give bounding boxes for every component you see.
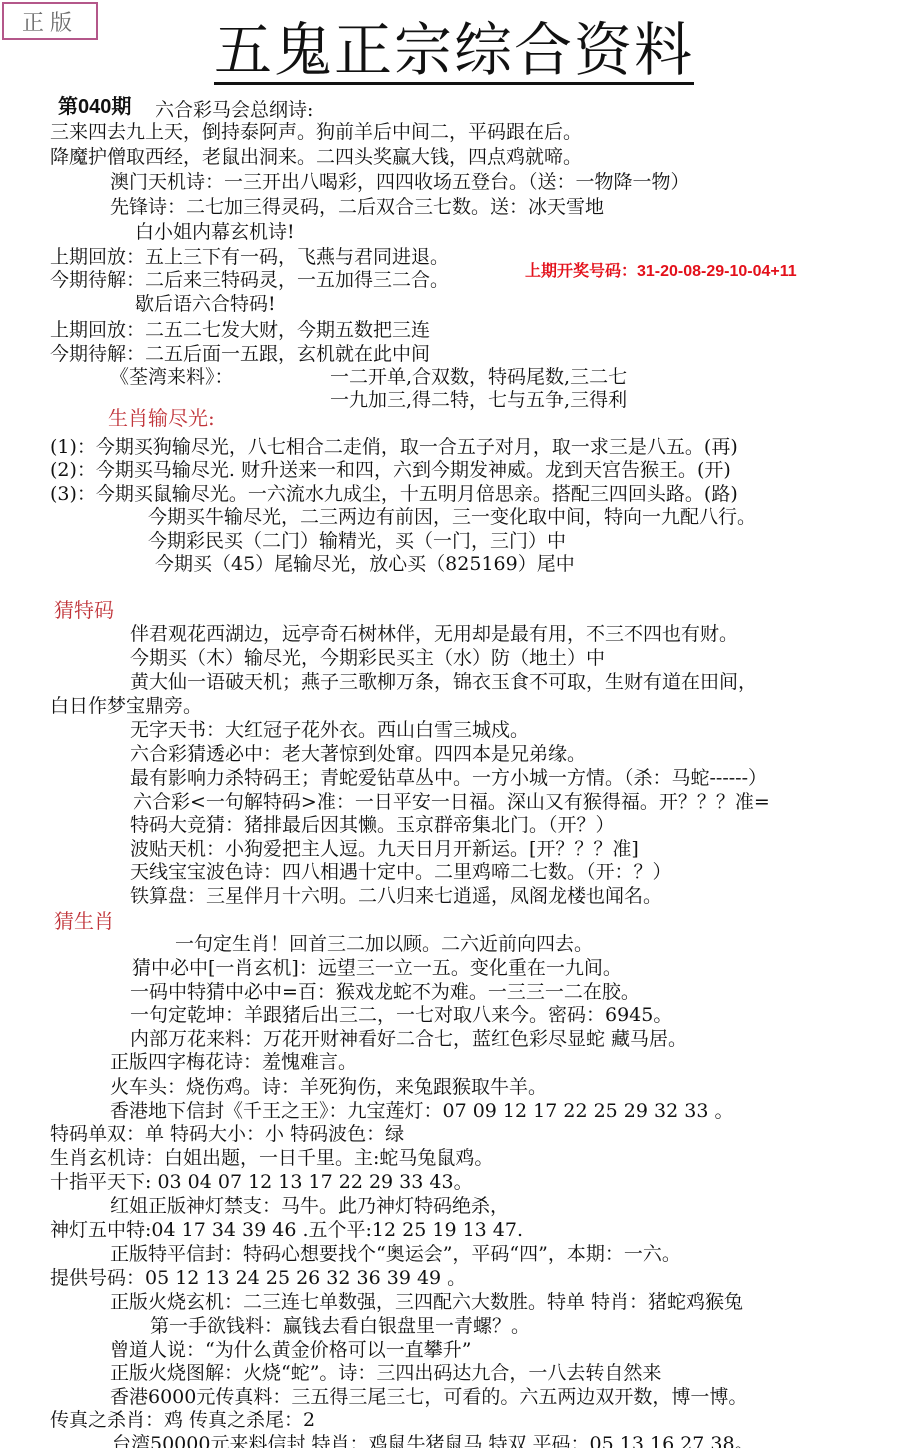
text-line: 台湾50000元来料信封 特肖：鸡鼠牛猪鼠马 特双 平码：05 13 16 27…: [112, 1432, 754, 1448]
text-line: 铁算盘：三星伴月十六明。二八归来七逍遥，凤阁龙楼也闻名。: [130, 884, 662, 908]
text-line: 澳门天机诗：一三开出八喝彩，四四收场五登台。（送：一物降一物）: [110, 170, 690, 194]
text-line: 六合彩猜透必中：老大著惊到处窜。四四本是兄弟缘。: [130, 742, 586, 766]
text-line: 《荃湾来料》：: [110, 365, 234, 389]
text-line: 歇后语六合特码!: [135, 292, 276, 316]
text-line: 天线宝宝波色诗：四八相遇十定中。二里鸡啼二七数。（开：？）: [130, 860, 672, 884]
section-heading-cai-shengxiao: 猜生肖: [54, 905, 114, 934]
text-line: 正版火烧图解：火烧“蛇”。诗：三四出码达九合，一八去转自然来: [110, 1361, 661, 1385]
text-line: 今期彩民买（二门）输精光，买（一门，三门）中: [148, 529, 566, 553]
text-line: 波贴天机：小狗爱把主人逗。九天日月开新运。[开？？？准]: [130, 837, 639, 861]
text-line: 第一手欲钱料：赢钱去看白银盘里一青螺？。: [150, 1314, 530, 1338]
text-line: 六合彩马会总纲诗:: [155, 98, 313, 122]
text-line: 白日作梦宝鼎旁。: [50, 694, 202, 718]
text-line: 特码大竞猜：猪排最后因其懒。玉京群帝集北门。（开？）: [130, 813, 615, 837]
text-line: 正版四字梅花诗：羞愧难言。: [110, 1050, 357, 1074]
text-line: 十指平天下: 03 04 07 12 13 17 22 29 33 43。: [50, 1170, 473, 1194]
section-heading-shengxiao: 生肖输尽光:: [108, 402, 215, 431]
text-line: 内部万花来料：万花开财神看好二合七，蓝红色彩尽显蛇 藏马居。: [130, 1027, 687, 1051]
text-line: 一句定生肖！回首三二加以顾。二六近前向四去。: [175, 932, 593, 956]
text-line: 先锋诗：二七加三得灵码，二后双合三七数。送：冰天雪地: [110, 195, 604, 219]
text-line: 红姐正版神灯禁支：马牛。此乃神灯特码绝杀，: [110, 1194, 509, 1218]
text-line: 黄大仙一语破天机；燕子三歌柳万条，锦衣玉食不可取，生财有道在田间，: [130, 670, 757, 694]
text-line: 一码中特猜中必中=百：猴戏龙蛇不为难。一三三一二在胶。: [130, 980, 640, 1004]
text-line: 最有影响力杀特码王；青蛇爱钻草丛中。一方小城一方情。（杀：马蛇------）: [130, 766, 767, 790]
text-line: 生肖玄机诗：白姐出题，一日千里。主:蛇马兔鼠鸡。: [50, 1146, 493, 1170]
page-title: 五鬼正宗综合资料: [214, 18, 694, 85]
text-line: 一二开单,合双数，特码尾数,三二七: [330, 365, 627, 389]
text-line: 上期回放：二五二七发大财，今期五数把三连: [50, 318, 430, 342]
text-line: 香港地下信封《千王之王》：九宝莲灯：07 09 12 17 22 25 29 3…: [110, 1099, 733, 1123]
text-line: 火车头：烧伤鸡。诗：羊死狗伤，来兔跟猴取牛羊。: [110, 1075, 547, 1099]
text-line: (1)：今期买狗输尽光，八七相合二走俏，取一合五子对月，取一求三是八五。(再): [50, 435, 738, 459]
text-line: 传真之杀肖：鸡 传真之杀尾：2: [50, 1408, 315, 1432]
text-line: 六合彩<一句解特码>准：一日平安一日福。深山又有猴得福。开？？？准=: [133, 790, 770, 814]
text-line: 降魔护僧取西经，老鼠出洞来。二四头奖赢大钱，四点鸡就啼。: [50, 145, 582, 169]
text-line: 今期买牛输尽光，二三两边有前因，三一变化取中间，特向一九配八行。: [148, 505, 756, 529]
text-line: 神灯五中特:04 17 34 39 46 .五个平:12 25 19 13 47…: [50, 1218, 523, 1242]
text-line: 猜中必中[一肖玄机]：远望三一立一五。变化重在一九间。: [132, 956, 622, 980]
text-line: (3)：今期买鼠输尽光。一六流水九成尘，十五明月倍思亲。搭配三四回头路。(路): [50, 482, 738, 506]
text-line: 上期回放：五上三下有一码，飞燕与君同进退。: [50, 245, 449, 269]
last-draw-numbers: 上期开奖号码：31-20-08-29-10-04+11: [525, 258, 797, 281]
text-line: 一九加三,得二特，七与五争,三得利: [330, 388, 627, 412]
text-line: 正版火烧玄机：二三连七单数强，三四配六大数胜。特单 特肖：猪蛇鸡猴兔: [110, 1290, 743, 1314]
text-line: 今期待解：二五后面一五跟，玄机就在此中间: [50, 342, 430, 366]
text-line: 正版特平信封：特码心想要找个“奥运会”，平码“四”，本期：一六。: [110, 1242, 681, 1266]
text-line: 今期买（木）输尽光，今期彩民买主（水）防（地土）中: [130, 646, 605, 670]
text-line: 一句定乾坤：羊跟猪后出三二，一七对取八来今。密码：6945。: [130, 1003, 672, 1027]
genuine-badge: 正版: [2, 2, 98, 40]
text-line: 三来四去九上天，倒持泰阿声。狗前羊后中间二，平码跟在后。: [50, 120, 582, 144]
text-line: 特码单双：单 特码大小：小 特码波色：绿: [50, 1122, 404, 1146]
text-line: 白小姐内幕玄机诗!: [135, 220, 295, 244]
text-line: 伴君观花西湖边，远亭奇石树林伴，无用却是最有用，不三不四也有财。: [130, 622, 738, 646]
text-line: 曾道人说：“为什么黄金价格可以一直攀升”: [110, 1338, 471, 1362]
issue-number: 第040期: [58, 90, 131, 119]
text-line: 今期待解：二后来三特码灵，一五加得三二合。: [50, 268, 449, 292]
text-line: 香港6000元传真料：三五得三尾三七，可看的。六五两边双开数，博一博。: [110, 1385, 747, 1409]
text-line: 提供号码：05 12 13 24 25 26 32 36 39 49 。: [50, 1266, 466, 1290]
text-line: 今期买（45）尾输尽光，放心买（825169）尾中: [155, 552, 575, 576]
text-line: 无字天书：大红冠子花外衣。西山白雪三城戍。: [130, 718, 529, 742]
section-heading-tema: 猜特码: [54, 594, 114, 623]
text-line: (2)：今期买马输尽光. 财升送来一和四，六到今期发神威。龙到天宫告猴王。(开): [50, 458, 731, 482]
